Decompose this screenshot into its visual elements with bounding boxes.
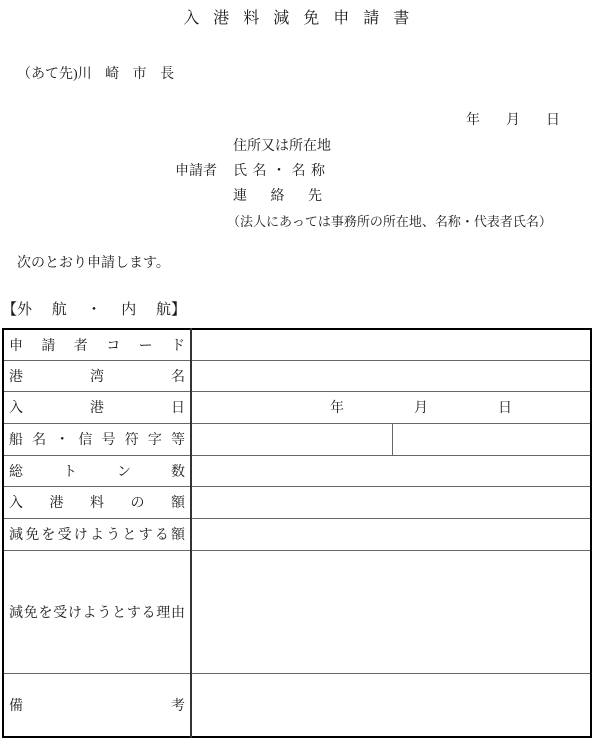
application-date-line: 年 月 日	[466, 109, 560, 129]
entry-date-value-cell: 年 月 日	[191, 391, 591, 423]
entry-date-day-label: 日	[498, 397, 512, 417]
applicant-code-label: 申 請 者 コ ー ド	[3, 329, 191, 360]
reduction-amount-value-cell	[191, 518, 591, 550]
port-name-label: 港 湾 名	[3, 360, 191, 391]
entry-date-row: 入 港 日 年 月 日	[3, 391, 591, 423]
port-name-value-cell	[191, 360, 591, 391]
reduction-amount-label: 減免を受けようとする額	[3, 518, 191, 550]
page-title: 入 港 料 減 免 申 請 書	[0, 5, 593, 28]
entry-fee-label: 入 港 料 の 額	[3, 486, 191, 518]
applicant-corporation-note: （法人にあっては事務所の所在地、名称・代表者氏名）	[227, 209, 552, 234]
vessel-type-heading: 【外 航 ・ 内 航】	[2, 298, 186, 319]
reduction-reason-value-cell	[191, 550, 591, 673]
applicant-name-line: 氏 名 ・ 名 称	[233, 159, 552, 184]
applicant-code-row: 申 請 者 コ ー ド	[3, 329, 591, 360]
date-day-label: 日	[546, 109, 560, 129]
date-year-label: 年	[466, 109, 480, 129]
addressee-line: （あて先)川 崎 市 長	[17, 63, 174, 83]
applicant-address-line: 住所又は所在地	[233, 134, 552, 159]
call-sign-value-cell	[392, 423, 591, 455]
port-name-row: 港 湾 名	[3, 360, 591, 391]
application-form-page: 入 港 料 減 免 申 請 書 （あて先)川 崎 市 長 年 月 日 申請者 住…	[0, 0, 593, 749]
entry-fee-value-cell	[191, 486, 591, 518]
vessel-name-value-cell	[191, 423, 392, 455]
gross-tonnage-label: 総 ト ン 数	[3, 455, 191, 486]
vessel-name-label: 船 名 ・ 信 号 符 字 等	[3, 423, 191, 455]
entry-date-year-label: 年	[330, 397, 344, 417]
application-table: 申 請 者 コ ー ド 港 湾 名 入 港 日 年 月 日 船 名 ・ 信 号 …	[2, 328, 592, 738]
reduction-amount-row: 減免を受けようとする額	[3, 518, 591, 550]
applicant-section: 申請者 住所又は所在地 氏 名 ・ 名 称 連 絡 先 （法人にあっては事務所の…	[175, 134, 552, 234]
remarks-row: 備 考	[3, 673, 591, 737]
vessel-name-row: 船 名 ・ 信 号 符 字 等	[3, 423, 591, 455]
applicant-label: 申請者	[175, 159, 217, 234]
remarks-label: 備 考	[3, 673, 191, 737]
entry-date-label: 入 港 日	[3, 391, 191, 423]
gross-tonnage-value-cell	[191, 455, 591, 486]
entry-fee-row: 入 港 料 の 額	[3, 486, 591, 518]
gross-tonnage-row: 総 ト ン 数	[3, 455, 591, 486]
applicant-code-value-cell	[191, 329, 591, 360]
applicant-contact-line: 連 絡 先	[233, 184, 552, 209]
declaration-text: 次のとおり申請します。	[17, 252, 170, 272]
remarks-value-cell	[191, 673, 591, 737]
reduction-reason-row: 減免を受けようとする理由	[3, 550, 591, 673]
entry-date-month-label: 月	[414, 397, 428, 417]
reduction-reason-label: 減免を受けようとする理由	[3, 550, 191, 673]
date-month-label: 月	[506, 109, 520, 129]
